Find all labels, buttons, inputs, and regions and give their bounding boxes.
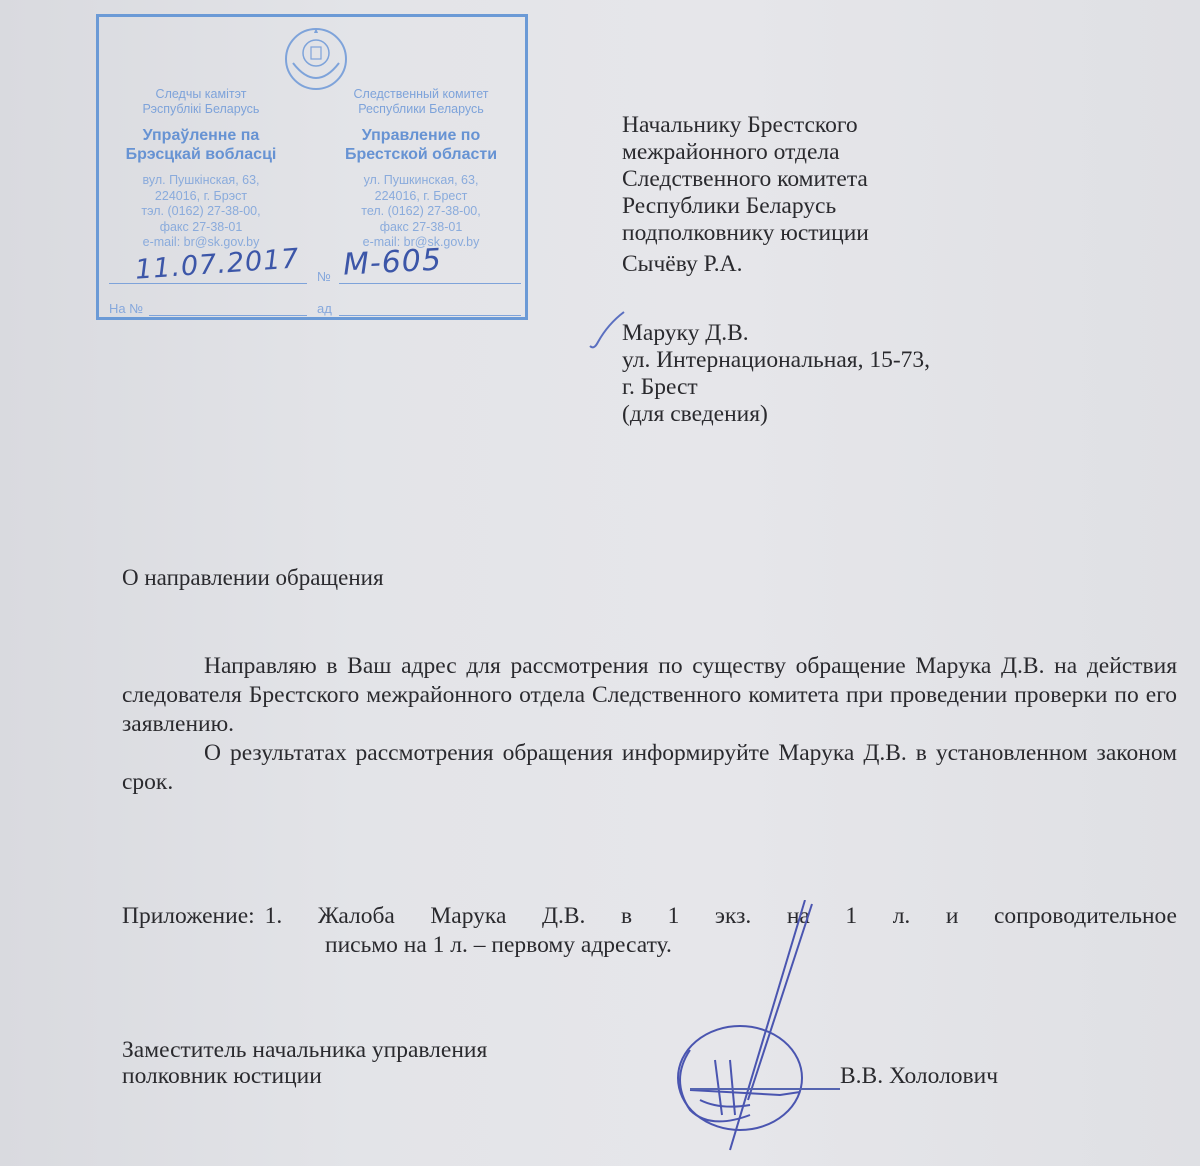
number-label: № bbox=[317, 269, 331, 284]
registration-stamp: Следчы камітэтРэспублікі Беларусь Упраўл… bbox=[96, 14, 528, 320]
stamp-org-country: Республики Беларусь bbox=[321, 102, 521, 117]
stamp-belarusian-column: Следчы камітэтРэспублікі Беларусь Упраўл… bbox=[101, 87, 301, 251]
stamp-phone: тэл. (0162) 27-38-00, bbox=[101, 204, 301, 220]
stamp-org-name: Следственный комитет bbox=[321, 87, 521, 102]
addressee-position: Начальнику Брестского bbox=[622, 112, 930, 139]
reference-label: На № bbox=[109, 301, 143, 316]
signatory-name: В.В. Хололович bbox=[840, 1063, 998, 1090]
coat-of-arms-icon bbox=[281, 23, 351, 93]
signatory-position: Заместитель начальника управления полков… bbox=[122, 1037, 487, 1089]
checkmark-icon bbox=[588, 310, 628, 350]
signature-line bbox=[690, 1088, 840, 1090]
stamp-fax: факс 27-38-01 bbox=[101, 220, 301, 236]
stamp-org-country: Рэспублікі Беларусь bbox=[101, 102, 301, 117]
letter-subject: О направлении обращения bbox=[122, 565, 384, 591]
copy-recipient-note: (для сведения) bbox=[622, 401, 930, 428]
stamp-fax: факс 27-38-01 bbox=[321, 220, 521, 236]
handwritten-signature bbox=[630, 900, 830, 1160]
from-label: ад bbox=[317, 301, 332, 316]
copy-recipient-city: г. Брест bbox=[622, 374, 930, 401]
addressee-block: Начальнику Брестского межрайонного отдел… bbox=[622, 112, 930, 428]
letter-body: Направляю в Ваш адрес для рассмотрения п… bbox=[122, 652, 1177, 797]
stamp-street: вул. Пушкінская, 63, bbox=[101, 173, 301, 189]
stamp-city: 224016, г. Брест bbox=[321, 189, 521, 205]
stamp-dept-region: Брэсцкай вобласці bbox=[101, 145, 301, 164]
addressee-name: Сычёву Р.А. bbox=[622, 251, 930, 278]
signatory-title: Заместитель начальника управления bbox=[122, 1037, 487, 1063]
stamp-dept-name: Управление по bbox=[321, 126, 521, 145]
reference-field-line bbox=[149, 315, 307, 316]
stamp-city: 224016, г. Брэст bbox=[101, 189, 301, 205]
stamp-org-name: Следчы камітэт bbox=[101, 87, 301, 102]
stamp-phone: тел. (0162) 27-38-00, bbox=[321, 204, 521, 220]
body-paragraph: О результатах рассмотрения обращения инф… bbox=[122, 739, 1177, 797]
body-paragraph: Направляю в Ваш адрес для рассмотрения п… bbox=[122, 652, 1177, 739]
stamp-russian-column: Следственный комитетРеспублики Беларусь … bbox=[321, 87, 521, 251]
stamp-dept-name: Упраўленне па bbox=[101, 126, 301, 145]
signatory-rank: полковник юстиции bbox=[122, 1063, 487, 1089]
from-field-line bbox=[339, 315, 521, 316]
stamp-street: ул. Пушкинская, 63, bbox=[321, 173, 521, 189]
number-field-line bbox=[339, 283, 521, 284]
copy-recipient-name: Маруку Д.В. bbox=[622, 320, 930, 347]
copy-recipient-street: ул. Интернациональная, 15-73, bbox=[622, 347, 930, 374]
addressee-department: межрайонного отдела bbox=[622, 139, 930, 166]
addressee-organization: Следственного комитета bbox=[622, 166, 930, 193]
addressee-country: Республики Беларусь bbox=[622, 193, 930, 220]
addressee-rank: подполковнику юстиции bbox=[622, 220, 930, 247]
handwritten-registration-number: М-605 bbox=[342, 242, 443, 282]
attachment-label: Приложение: bbox=[122, 902, 255, 931]
stamp-dept-region: Брестской области bbox=[321, 145, 521, 164]
